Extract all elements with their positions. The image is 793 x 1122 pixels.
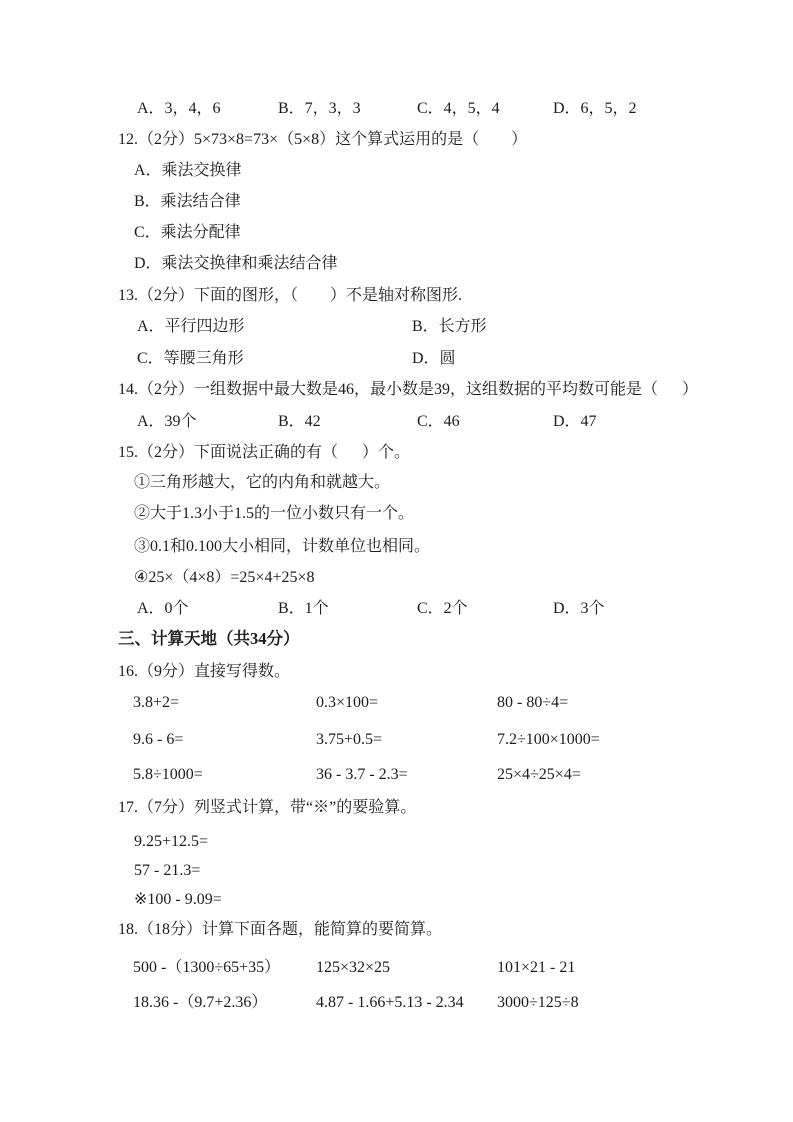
q15-option-a: A．0个 bbox=[137, 598, 189, 620]
q16-expr-1-1: 3.8+2= bbox=[133, 692, 179, 714]
q15-option-d: D．3个 bbox=[553, 598, 605, 620]
q18-expr-1-3: 101×21 - 21 bbox=[497, 957, 575, 979]
q13-option-b: B．长方形 bbox=[412, 316, 487, 338]
q13-option-c: C．等腰三角形 bbox=[137, 348, 244, 370]
q18-expr-1-1: 500 -（1300÷65+35） bbox=[133, 957, 280, 979]
q12-stem: 12.（2分）5×73×8=73×（5×8）这个算式运用的是（ ） bbox=[118, 129, 527, 151]
q17-expr-1: 9.25+12.5= bbox=[134, 831, 208, 853]
q11-option-c: C．4，5，4 bbox=[417, 98, 500, 120]
q18-expr-2-1: 18.36 -（9.7+2.36） bbox=[133, 992, 267, 1014]
q12-option-d: D．乘法交换律和乘法结合律 bbox=[134, 253, 338, 275]
q15-option-c: C．2个 bbox=[417, 598, 468, 620]
q17-stem: 17.（7分）列竖式计算，带“※”的要验算。 bbox=[118, 797, 416, 819]
q14-option-a: A．39个 bbox=[137, 411, 197, 433]
q16-expr-2-2: 3.75+0.5= bbox=[316, 729, 382, 751]
q14-option-c: C．46 bbox=[417, 411, 460, 433]
section3-heading: 三、计算天地（共34分） bbox=[118, 628, 300, 650]
q16-stem: 16.（9分）直接写得数。 bbox=[118, 661, 290, 683]
q12-option-c: C．乘法分配律 bbox=[134, 222, 241, 244]
q16-expr-1-3: 80 - 80÷4= bbox=[497, 692, 568, 714]
q13-stem: 13.（2分）下面的图形，（ ）不是轴对称图形. bbox=[118, 285, 462, 307]
q12-option-a: A．乘法交换律 bbox=[134, 160, 242, 182]
q14-option-d: D．47 bbox=[553, 411, 597, 433]
q17-expr-3: ※100 - 9.09= bbox=[134, 889, 222, 911]
q18-expr-2-2: 4.87 - 1.66+5.13 - 2.34 bbox=[316, 992, 464, 1014]
q13-option-a: A．平行四边形 bbox=[137, 316, 245, 338]
q11-option-b: B．7，3，3 bbox=[278, 98, 361, 120]
q16-expr-3-1: 5.8÷1000= bbox=[133, 764, 203, 786]
q11-option-d: D．6，5，2 bbox=[553, 98, 637, 120]
q15-stem: 15.（2分）下面说法正确的有（ ）个。 bbox=[118, 442, 410, 464]
q11-option-a: A．3，4，6 bbox=[137, 98, 221, 120]
q14-option-b: B．42 bbox=[278, 411, 321, 433]
exam-page: A．3，4，6 B．7，3，3 C．4，5，4 D．6，5，2 12.（2分）5… bbox=[0, 0, 793, 1122]
q16-expr-3-3: 25×4÷25×4= bbox=[497, 764, 581, 786]
q16-expr-2-1: 9.6 - 6= bbox=[133, 729, 183, 751]
q14-stem: 14.（2分）一组数据中最大数是46，最小数是39，这组数据的平均数可能是（ ） bbox=[118, 379, 698, 401]
q18-stem: 18.（18分）计算下面各题，能简算的要简算。 bbox=[118, 919, 442, 941]
q17-expr-2: 57 - 21.3= bbox=[134, 860, 200, 882]
q18-expr-2-3: 3000÷125÷8 bbox=[497, 992, 579, 1014]
q15-statement-1: ①三角形越大，它的内角和就越大。 bbox=[134, 472, 390, 494]
q15-statement-2: ②大于1.3小于1.5的一位小数只有一个。 bbox=[134, 503, 414, 525]
q16-expr-3-2: 36 - 3.7 - 2.3= bbox=[316, 764, 408, 786]
q15-option-b: B．1个 bbox=[278, 598, 329, 620]
q16-expr-2-3: 7.2÷100×1000= bbox=[497, 729, 600, 751]
q13-option-d: D．圆 bbox=[412, 348, 456, 370]
q15-statement-4: ④25×（4×8）=25×4+25×8 bbox=[134, 567, 315, 589]
q12-option-b: B．乘法结合律 bbox=[134, 191, 241, 213]
q18-expr-1-2: 125×32×25 bbox=[316, 957, 390, 979]
q16-expr-1-2: 0.3×100= bbox=[316, 692, 378, 714]
q15-statement-3: ③0.1和0.100大小相同，计数单位也相同。 bbox=[134, 536, 430, 558]
